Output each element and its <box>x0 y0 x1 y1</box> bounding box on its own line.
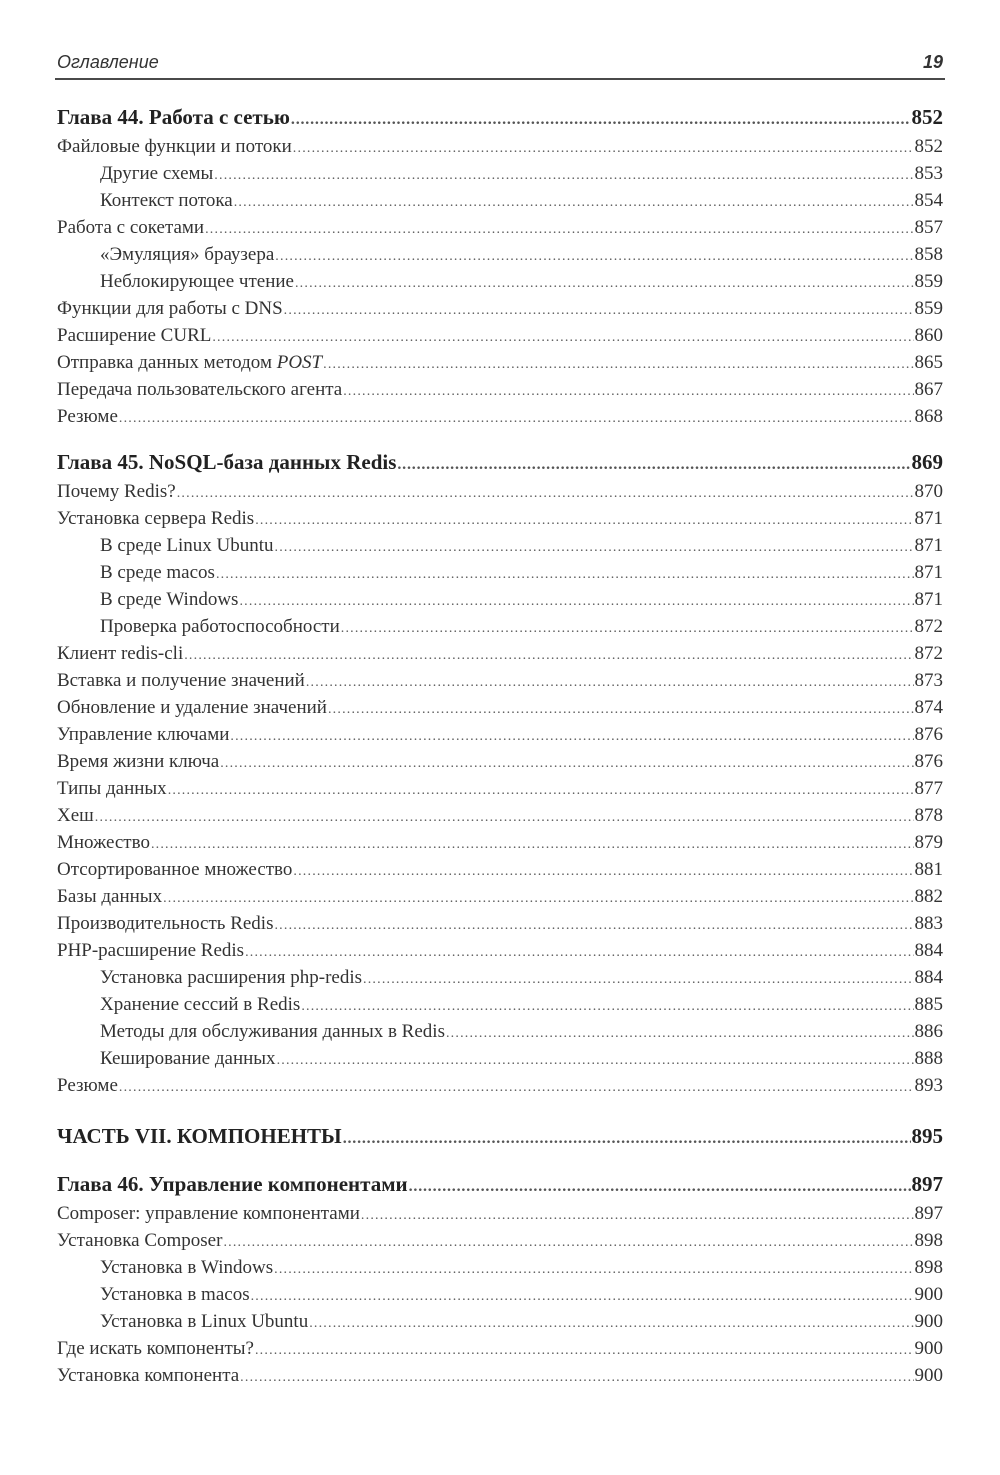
toc-entry-page: 872 <box>915 613 944 640</box>
toc-entry[interactable]: Базы данных882 <box>57 883 943 910</box>
dot-leader <box>295 270 914 295</box>
toc-entry-label: Резюме <box>57 1072 118 1099</box>
toc-entry-page: 877 <box>915 775 944 802</box>
chapter-page: 852 <box>912 101 944 133</box>
toc-entry[interactable]: Отправка данных методом POST865 <box>57 349 943 376</box>
toc-entry-label: Проверка работоспособности <box>57 613 340 640</box>
toc-entry-page: 878 <box>915 802 944 829</box>
toc-entry-page: 884 <box>915 937 944 964</box>
toc-entry-label: В среде Linux Ubuntu <box>57 532 274 559</box>
dot-leader <box>163 885 913 910</box>
dot-leader <box>291 104 911 133</box>
toc-entry[interactable]: Другие схемы853 <box>57 160 943 187</box>
toc-entry-page: 865 <box>915 349 944 376</box>
toc-entry-page: 885 <box>915 991 944 1018</box>
running-header: Оглавление 19 <box>55 52 945 80</box>
dot-leader <box>277 1047 914 1072</box>
dot-leader <box>301 993 913 1018</box>
toc-entry-label: Установка в macos <box>57 1281 250 1308</box>
toc-entry[interactable]: В среде macos871 <box>57 559 943 586</box>
dot-leader <box>446 1020 914 1045</box>
toc-entry-label: Функции для работы с DNS <box>57 295 283 322</box>
toc-entry-label: Контекст потока <box>57 187 233 214</box>
toc-entry-page: 871 <box>915 586 944 613</box>
toc-entry[interactable]: Где искать компоненты?900 <box>57 1335 943 1362</box>
part-page: 895 <box>912 1120 944 1152</box>
toc-entry-page: 854 <box>915 187 944 214</box>
toc-entry[interactable]: Производительность Redis883 <box>57 910 943 937</box>
toc-entry[interactable]: Вставка и получение значений873 <box>57 667 943 694</box>
toc-entry-label: Установка расширения php-redis <box>57 964 362 991</box>
toc-entry[interactable]: Кеширование данных888 <box>57 1045 943 1072</box>
dot-leader <box>363 966 913 991</box>
toc-entry[interactable]: Почему Redis?870 <box>57 478 943 505</box>
toc-entry-page: 852 <box>915 133 944 160</box>
toc-entry-page: 871 <box>915 559 944 586</box>
dot-leader <box>274 1256 913 1281</box>
toc-entry-label: Кеширование данных <box>57 1045 276 1072</box>
toc-entry[interactable]: Обновление и удаление значений874 <box>57 694 943 721</box>
dot-leader <box>341 615 914 640</box>
toc-entry-label: Файловые функции и потоки <box>57 133 292 160</box>
dot-leader <box>251 1283 914 1308</box>
dot-leader <box>255 1337 914 1362</box>
chapter-heading[interactable]: Глава 45. NoSQL-база данных Redis 869 <box>57 446 943 478</box>
toc-entry[interactable]: Контекст потока854 <box>57 187 943 214</box>
toc-entry[interactable]: Установка сервера Redis871 <box>57 505 943 532</box>
toc-entry-label: PHP-расширение Redis <box>57 937 244 964</box>
toc-entry-page: 898 <box>915 1227 944 1254</box>
toc-chapter-44: Глава 44. Работа с сетью 852 Файловые фу… <box>57 101 943 430</box>
chapter-title: Глава 46. Управление компонентами <box>57 1168 408 1200</box>
toc-entry[interactable]: Установка расширения php-redis884 <box>57 964 943 991</box>
toc-entry[interactable]: Отсортированное множество881 <box>57 856 943 883</box>
dot-leader <box>309 1310 913 1335</box>
toc-entry[interactable]: Методы для обслуживания данных в Redis88… <box>57 1018 943 1045</box>
toc-entry-label: Установка сервера Redis <box>57 505 254 532</box>
toc-entry-label: Базы данных <box>57 883 162 910</box>
chapter-heading[interactable]: Глава 44. Работа с сетью 852 <box>57 101 943 133</box>
dot-leader <box>293 858 913 883</box>
toc-entry-page: 893 <box>915 1072 944 1099</box>
toc-entry-label: Время жизни ключа <box>57 748 219 775</box>
toc-entry[interactable]: Расширение CURL860 <box>57 322 943 349</box>
toc-entry-page: 872 <box>915 640 944 667</box>
toc-entry[interactable]: Управление ключами876 <box>57 721 943 748</box>
dot-leader <box>240 1364 913 1389</box>
dot-leader <box>216 561 914 586</box>
toc-entry-label: Методы для обслуживания данных в Redis <box>57 1018 445 1045</box>
toc-entry[interactable]: Время жизни ключа876 <box>57 748 943 775</box>
chapter-title: Глава 44. Работа с сетью <box>57 101 290 133</box>
toc-entry-page: 900 <box>915 1335 944 1362</box>
toc-entry-label: Отсортированное множество <box>57 856 292 883</box>
toc-entry-page: 876 <box>915 721 944 748</box>
toc-entry-label: Управление ключами <box>57 721 229 748</box>
toc-entry-page: 881 <box>915 856 944 883</box>
toc-entry[interactable]: Неблокирующее чтение859 <box>57 268 943 295</box>
toc-entry[interactable]: Типы данных877 <box>57 775 943 802</box>
dot-leader <box>409 1171 911 1200</box>
toc-entry-page: 897 <box>915 1200 944 1227</box>
toc-entry-label: Почему Redis? <box>57 478 176 505</box>
running-header-page-number: 19 <box>923 52 943 73</box>
toc-entry[interactable]: PHP-расширение Redis884 <box>57 937 943 964</box>
toc-entry-page: 868 <box>915 403 944 430</box>
toc-entry-page: 858 <box>915 241 944 268</box>
toc-entry-page: 859 <box>915 268 944 295</box>
dot-leader <box>275 243 913 268</box>
toc-part-7: ЧАСТЬ VII. КОМПОНЕНТЫ 895 <box>57 1120 943 1152</box>
dot-leader <box>274 912 913 937</box>
dot-leader <box>214 162 913 187</box>
toc-chapter-45: Глава 45. NoSQL-база данных Redis 869 По… <box>57 446 943 1099</box>
toc-entry[interactable]: Установка в Linux Ubuntu900 <box>57 1308 943 1335</box>
toc-entry-page: 853 <box>915 160 944 187</box>
toc-entry-page: 898 <box>915 1254 944 1281</box>
toc-entry-label: Производительность Redis <box>57 910 273 937</box>
toc-entry-label: Множество <box>57 829 150 856</box>
toc-entry-page: 884 <box>915 964 944 991</box>
toc-entry-label: Неблокирующее чтение <box>57 268 294 295</box>
toc-entry-label: Хеш <box>57 802 94 829</box>
toc-entry[interactable]: Передача пользовательского агента867 <box>57 376 943 403</box>
toc-entry-label: Резюме <box>57 403 118 430</box>
running-header-title: Оглавление <box>57 52 159 73</box>
dot-leader <box>245 939 913 964</box>
toc-entry-label: Установка компонента <box>57 1362 239 1389</box>
toc-entry-label: Установка в Windows <box>57 1254 273 1281</box>
part-heading[interactable]: ЧАСТЬ VII. КОМПОНЕНТЫ 895 <box>57 1120 943 1152</box>
dot-leader <box>397 449 910 478</box>
toc-entry-label: Работа с сокетами <box>57 214 204 241</box>
dot-leader <box>220 750 913 775</box>
toc-entry-page: 867 <box>915 376 944 403</box>
toc-entry-label: Хранение сессий в Redis <box>57 991 300 1018</box>
toc-entry-label: Обновление и удаление значений <box>57 694 327 721</box>
dot-leader <box>306 669 914 694</box>
dot-leader <box>284 297 914 322</box>
toc-entry[interactable]: Резюме868 <box>57 403 943 430</box>
part-title: ЧАСТЬ VII. КОМПОНЕНТЫ <box>57 1120 342 1152</box>
dot-leader <box>234 189 914 214</box>
dot-leader <box>212 324 913 349</box>
toc-entry-page: 886 <box>915 1018 944 1045</box>
toc-entry-label: Где искать компоненты? <box>57 1335 254 1362</box>
chapter-title: Глава 45. NoSQL-база данных Redis <box>57 446 396 478</box>
toc-entries: Почему Redis?870Установка сервера Redis8… <box>57 478 943 1099</box>
toc-entry[interactable]: Резюме893 <box>57 1072 943 1099</box>
toc-entry-page: 871 <box>915 532 944 559</box>
dot-leader <box>239 588 913 613</box>
toc-entry-page: 874 <box>915 694 944 721</box>
dot-leader <box>323 351 913 376</box>
toc-entry[interactable]: Установка в Windows898 <box>57 1254 943 1281</box>
dot-leader <box>230 723 913 748</box>
chapter-heading[interactable]: Глава 46. Управление компонентами 897 <box>57 1168 943 1200</box>
toc-entry-page: 882 <box>915 883 944 910</box>
dot-leader <box>223 1229 913 1254</box>
toc-entry-label: В среде Windows <box>57 586 238 613</box>
toc-entry[interactable]: Проверка работоспособности872 <box>57 613 943 640</box>
toc-entry[interactable]: Установка Composer898 <box>57 1227 943 1254</box>
toc-entries: Файловые функции и потоки852Другие схемы… <box>57 133 943 430</box>
toc-entry[interactable]: Composer: управление компонентами897 <box>57 1200 943 1227</box>
toc-entry-label: Отправка данных методом POST <box>57 349 322 376</box>
dot-leader <box>119 405 914 430</box>
toc-entry-page: 900 <box>915 1362 944 1389</box>
toc-entry[interactable]: Установка в macos900 <box>57 1281 943 1308</box>
toc-entry[interactable]: Клиент redis-cli872 <box>57 640 943 667</box>
dot-leader <box>343 378 913 403</box>
toc-entry[interactable]: Множество879 <box>57 829 943 856</box>
toc-entry-label: Типы данных <box>57 775 167 802</box>
toc-entry-page: 857 <box>915 214 944 241</box>
dot-leader <box>184 642 913 667</box>
dot-leader <box>151 831 914 856</box>
toc-entry[interactable]: Хеш878 <box>57 802 943 829</box>
toc-entry-label: Клиент redis-cli <box>57 640 183 667</box>
toc-entry-page: 871 <box>915 505 944 532</box>
toc-entry[interactable]: Функции для работы с DNS859 <box>57 295 943 322</box>
toc-entry-page: 900 <box>915 1308 944 1335</box>
toc-entry-page: 873 <box>915 667 944 694</box>
toc-entries: Composer: управление компонентами897Уста… <box>57 1200 943 1389</box>
dot-leader <box>119 1074 914 1099</box>
toc-entry[interactable]: «Эмуляция» браузера858 <box>57 241 943 268</box>
toc-entry-label-italic: POST <box>277 352 322 373</box>
dot-leader <box>293 135 914 160</box>
toc-entry-page: 883 <box>915 910 944 937</box>
dot-leader <box>328 696 914 721</box>
toc-entry-page: 870 <box>915 478 944 505</box>
dot-leader <box>168 777 914 802</box>
toc-entry[interactable]: В среде Windows871 <box>57 586 943 613</box>
toc-entry-page: 859 <box>915 295 944 322</box>
toc-entry[interactable]: Работа с сокетами857 <box>57 214 943 241</box>
toc-entry-label: Composer: управление компонентами <box>57 1200 360 1227</box>
toc-entry-page: 879 <box>915 829 944 856</box>
toc-entry-page: 876 <box>915 748 944 775</box>
chapter-page: 869 <box>912 446 944 478</box>
dot-leader <box>177 480 914 505</box>
dot-leader <box>255 507 913 532</box>
toc-entry[interactable]: Хранение сессий в Redis885 <box>57 991 943 1018</box>
dot-leader <box>343 1123 911 1152</box>
toc-entry-label: Установка Composer <box>57 1227 222 1254</box>
dot-leader <box>361 1202 914 1227</box>
toc-entry[interactable]: Файловые функции и потоки852 <box>57 133 943 160</box>
chapter-page: 897 <box>912 1168 944 1200</box>
toc-entry-page: 860 <box>915 322 944 349</box>
toc-entry-page: 900 <box>915 1281 944 1308</box>
dot-leader <box>205 216 913 241</box>
toc-entry[interactable]: Установка компонента900 <box>57 1362 943 1389</box>
dot-leader <box>95 804 914 829</box>
dot-leader <box>275 534 914 559</box>
toc-entry-label: Расширение CURL <box>57 322 211 349</box>
toc-chapter-46: Глава 46. Управление компонентами 897 Co… <box>57 1168 943 1389</box>
toc-entry-label: Установка в Linux Ubuntu <box>57 1308 308 1335</box>
toc-entry-label: Другие схемы <box>57 160 213 187</box>
toc-entry[interactable]: В среде Linux Ubuntu871 <box>57 532 943 559</box>
toc-entry-label: В среде macos <box>57 559 215 586</box>
toc-entry-label: Вставка и получение значений <box>57 667 305 694</box>
toc-entry-label: Передача пользовательского агента <box>57 376 342 403</box>
toc-entry-label: «Эмуляция» браузера <box>57 241 274 268</box>
toc-entry-page: 888 <box>915 1045 944 1072</box>
